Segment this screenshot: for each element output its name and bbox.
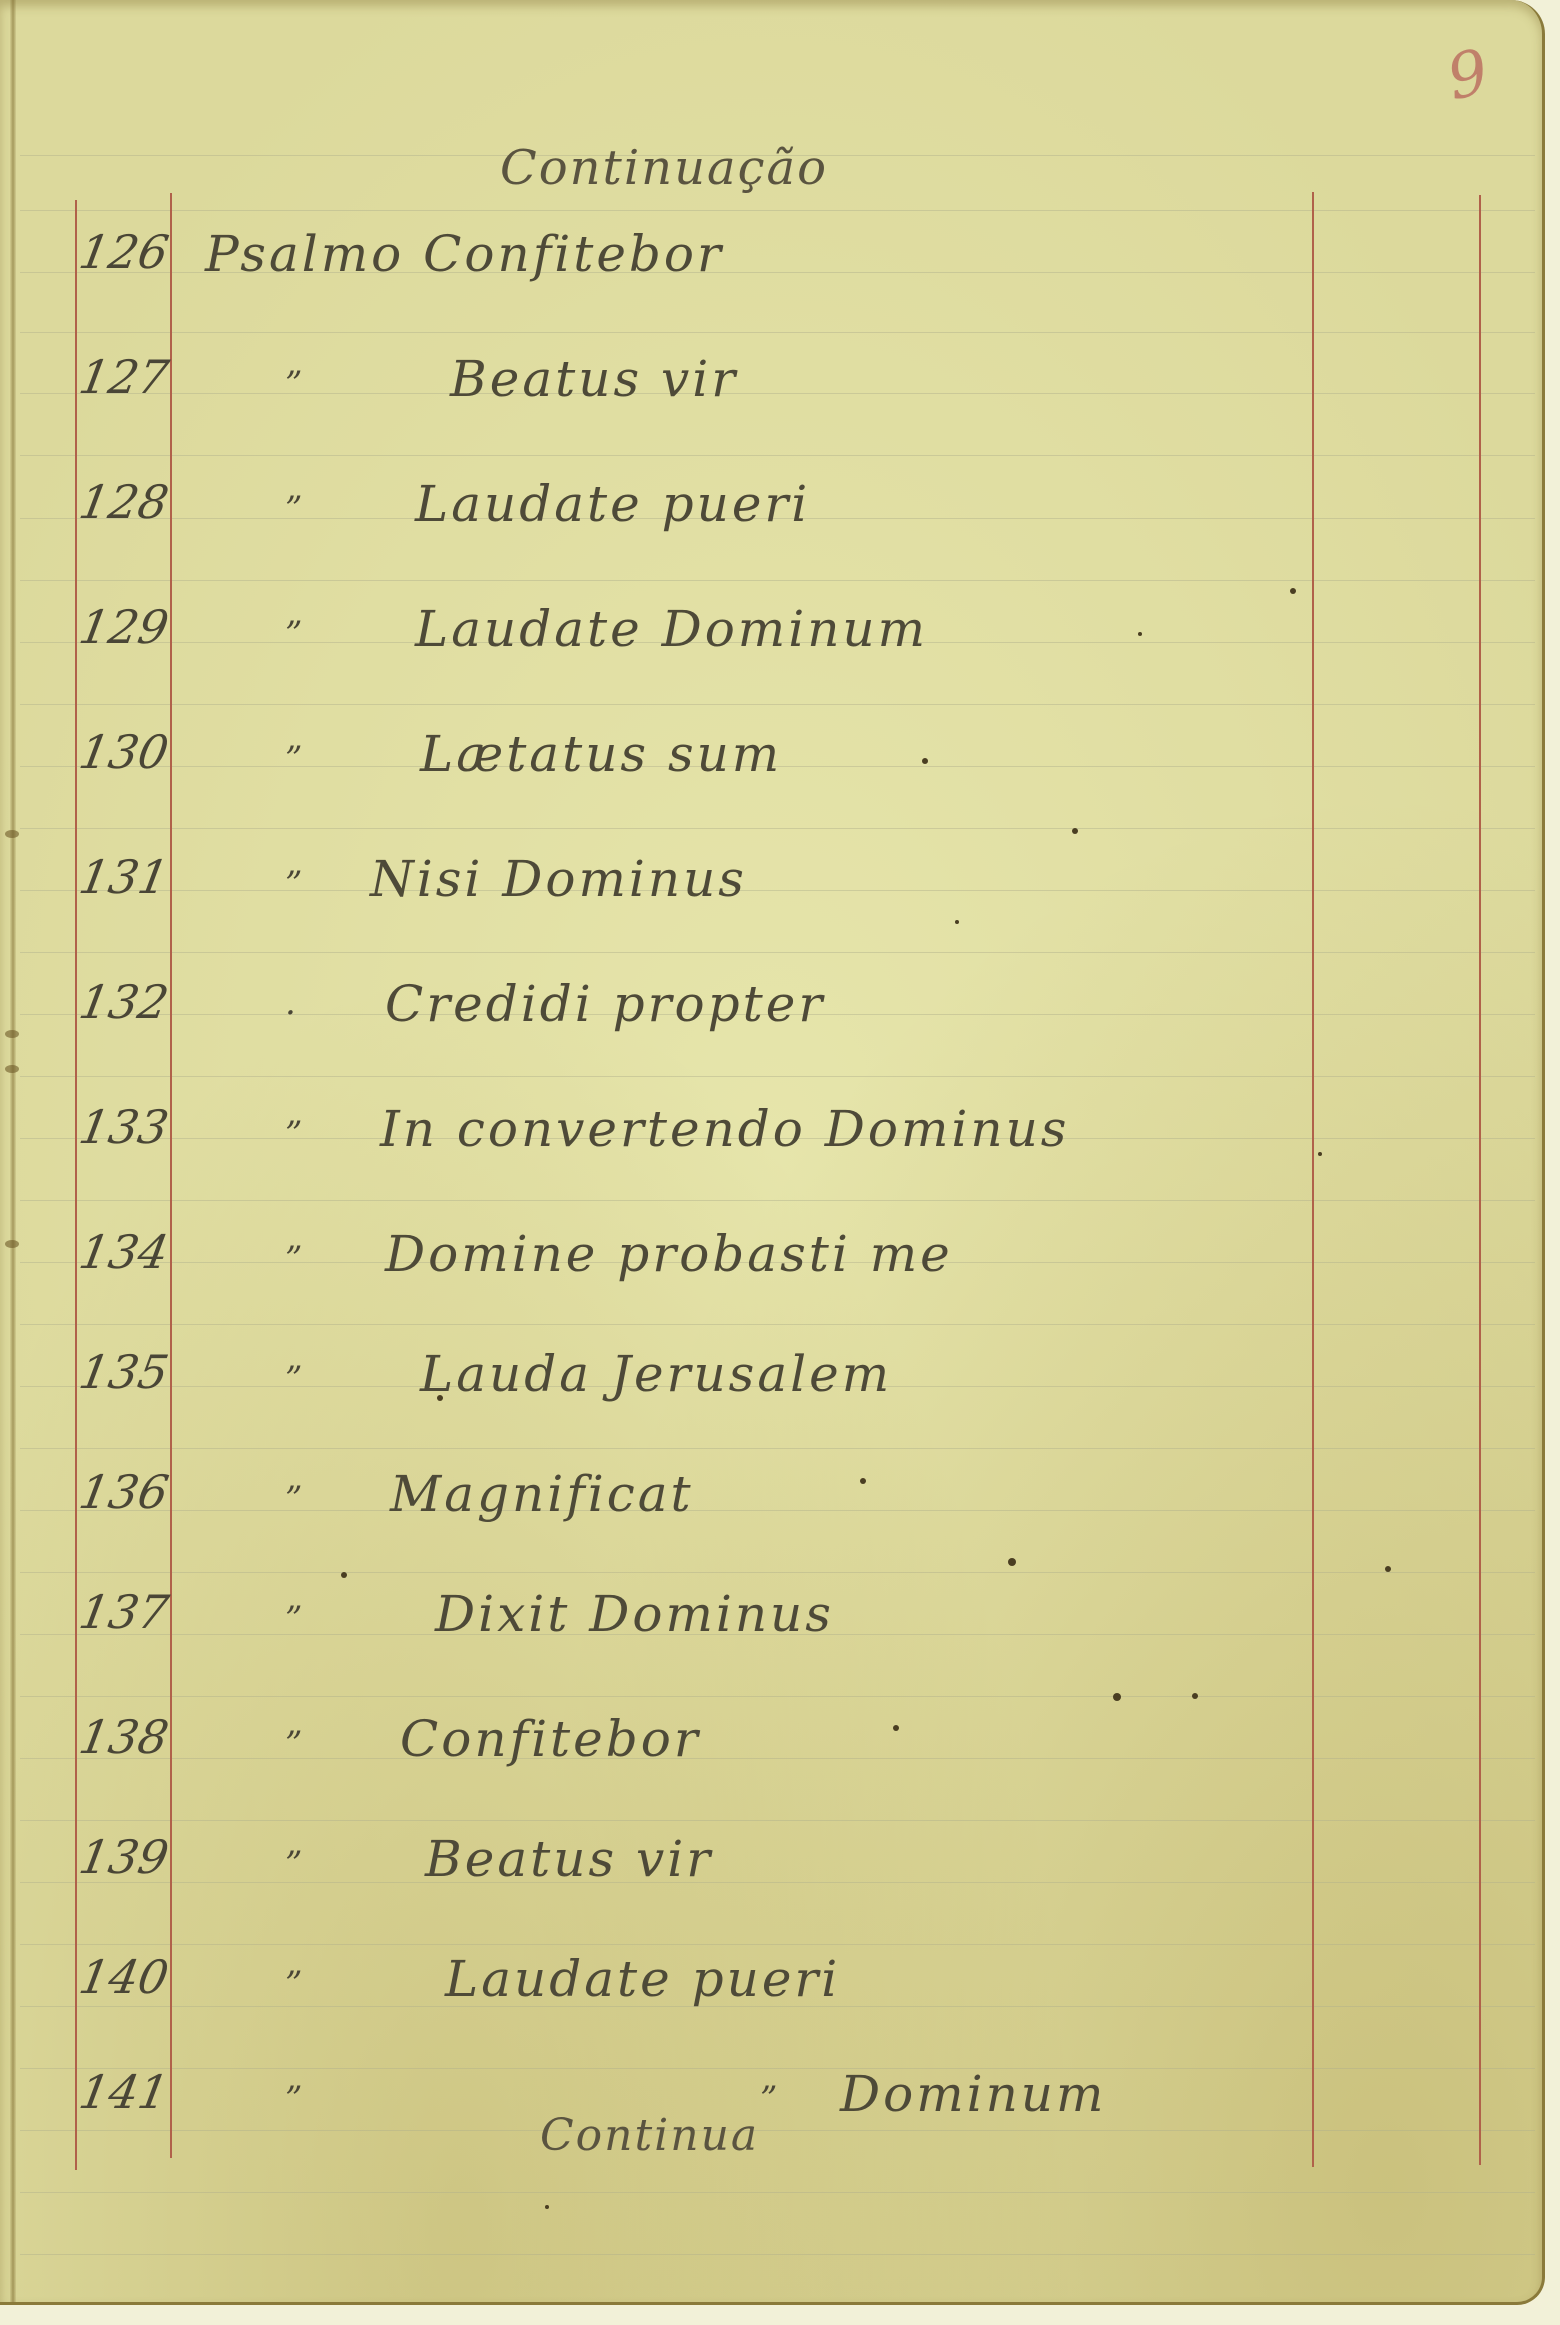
ditto-mark: . (285, 983, 296, 1023)
entry-number: 136 (75, 1465, 173, 1519)
ledger-entry: 132 . Credidi propter (0, 975, 1300, 1065)
binding-stitch (5, 1065, 19, 1073)
entry-number: 139 (75, 1830, 173, 1884)
entry-number: 134 (75, 1225, 173, 1279)
ruled-line (20, 1820, 1535, 1821)
ledger-entry: 127 ” Beatus vir (0, 350, 1300, 440)
ledger-entry: 139 ” Beatus vir (0, 1830, 1300, 1920)
ink-speck (922, 758, 928, 764)
entry-number: 137 (75, 1585, 173, 1639)
ruled-line (20, 1696, 1535, 1697)
ruled-line (20, 2192, 1535, 2193)
ledger-entry: 129 ” Laudate Dominum (0, 600, 1300, 690)
ink-speck (341, 1572, 347, 1578)
page-footer: Continua (540, 2110, 759, 2161)
ledger-entry: 135 ” Lauda Jerusalem (0, 1345, 1300, 1435)
ruled-line (20, 952, 1535, 953)
ruled-line (20, 1944, 1535, 1945)
ink-speck (1290, 588, 1296, 594)
entry-number: 127 (75, 350, 173, 404)
ink-speck (1192, 1693, 1198, 1699)
entry-title: Credidi propter (385, 975, 825, 1033)
ruled-line (20, 1076, 1535, 1077)
entry-number: 128 (75, 475, 173, 529)
ledger-entry: 138 ” Confitebor (0, 1710, 1300, 1800)
ledger-entry: 131 ” Nisi Dominus (0, 850, 1300, 940)
amount-column-rule-left (1312, 192, 1314, 2167)
ruled-line (20, 1324, 1535, 1325)
amount-column-rule-right (1479, 195, 1481, 2165)
ruled-line (20, 828, 1535, 829)
entry-number: 141 (75, 2065, 173, 2119)
ledger-entry: 128 ” Laudate pueri (0, 475, 1300, 565)
entry-number: 133 (75, 1100, 173, 1154)
ditto-mark: ” (285, 1599, 302, 1639)
entry-title: Dixit Dominus (435, 1585, 834, 1643)
entry-title: In convertendo Dominus (380, 1100, 1069, 1158)
entry-title: Beatus vir (450, 350, 738, 408)
ditto-mark: ” (285, 1724, 302, 1764)
entry-number: 126 (75, 225, 173, 279)
ledger-entry: 126 Psalmo Confitebor (0, 225, 1300, 315)
entry-title: Beatus vir (425, 1830, 713, 1888)
entry-number: 129 (75, 600, 173, 654)
entry-title: Magnificat (390, 1465, 694, 1523)
ruled-line (20, 580, 1535, 581)
ink-speck (1385, 1566, 1391, 1572)
ditto-mark: ” (285, 1844, 302, 1884)
ditto-mark: ” (285, 1239, 302, 1279)
ink-speck (1008, 1558, 1016, 1566)
ruled-line (20, 2254, 1535, 2255)
ink-speck (860, 1478, 866, 1484)
entry-title: Lætatus sum (420, 725, 782, 783)
ledger-entry: 140 ” Laudate pueri (0, 1950, 1300, 2040)
ink-speck (955, 920, 959, 924)
entry-title: Nisi Dominus (370, 850, 747, 908)
ink-speck (1138, 632, 1142, 636)
page-header: Continuação (500, 140, 828, 196)
ditto-mark: ” (285, 1479, 302, 1519)
ditto-mark: ” (285, 614, 302, 654)
ruled-line (20, 1200, 1535, 1201)
entry-title: Domine probasti me (385, 1225, 953, 1283)
ruled-line (20, 455, 1535, 456)
ledger-page: 9 Continuação 126 Psalmo Confitebor 127 … (0, 0, 1545, 2305)
ditto-mark: ” (285, 1114, 302, 1154)
ditto-mark: ” (285, 364, 302, 404)
ledger-entry: 137 ” Dixit Dominus (0, 1585, 1300, 1675)
ditto-mark: ” (285, 1359, 302, 1399)
ditto-mark: ” (285, 739, 302, 779)
entry-number: 132 (75, 975, 173, 1029)
binding-stitch (5, 830, 19, 838)
entry-title: Psalmo Confitebor (205, 225, 724, 283)
ditto-mark: ” (285, 864, 302, 904)
ruled-line (20, 210, 1535, 211)
page-number: 9 (1441, 35, 1495, 115)
entry-title: Lauda Jerusalem (420, 1345, 892, 1403)
entry-number: 130 (75, 725, 173, 779)
ledger-entry: 134 ” Domine probasti me (0, 1225, 1300, 1315)
ink-speck (1072, 828, 1078, 834)
ink-speck (893, 1725, 899, 1731)
entry-number: 140 (75, 1950, 173, 2004)
ledger-entry: 130 ” Lætatus sum (0, 725, 1300, 815)
ruled-line (20, 704, 1535, 705)
ditto-mark: ” (760, 2079, 777, 2119)
entry-number: 138 (75, 1710, 173, 1764)
ledger-entry: 133 ” In convertendo Dominus (0, 1100, 1300, 1190)
ink-speck (1113, 1693, 1121, 1701)
ink-speck (437, 1395, 443, 1401)
ditto-mark: ” (285, 2079, 302, 2119)
ruled-line (20, 1448, 1535, 1449)
entry-number: 131 (75, 850, 173, 904)
entry-title: Laudate pueri (445, 1950, 840, 2008)
entry-title: Laudate Dominum (415, 600, 928, 658)
ruled-line (20, 332, 1535, 333)
ink-speck (1318, 1152, 1322, 1156)
entry-number: 135 (75, 1345, 173, 1399)
entry-title: Laudate pueri (415, 475, 810, 533)
ruled-line (20, 1572, 1535, 1573)
ink-speck (545, 2205, 549, 2209)
ditto-mark: ” (285, 489, 302, 529)
entry-title: Confitebor (400, 1710, 701, 1768)
ditto-mark: ” (285, 1964, 302, 2004)
ledger-entry: 136 ” Magnificat (0, 1465, 1300, 1555)
entry-title: Dominum (840, 2065, 1106, 2123)
